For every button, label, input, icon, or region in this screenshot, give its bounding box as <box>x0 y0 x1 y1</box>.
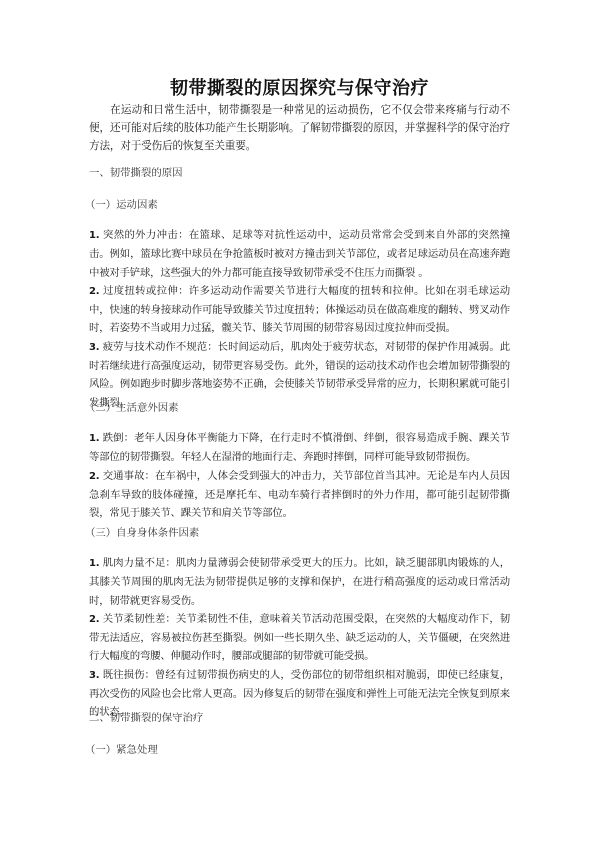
list-item: 1. 突然的外力冲击：在篮球、足球等对抗性运动中，运动员常常会受到来自外部的突然… <box>89 226 510 282</box>
sports-factors-list: 1. 突然的外力冲击：在篮球、足球等对抗性运动中，运动员常常会受到来自外部的突然… <box>89 226 510 412</box>
list-item: 1. 肌肉力量不足：肌肉力量薄弱会使韧带承受更大的压力。比如，缺乏腿部肌肉锻炼的… <box>89 554 510 610</box>
subsection-heading-sports: （一）运动因素 <box>85 198 158 212</box>
subsection-heading-emergency: （一）紧急处理 <box>85 743 158 757</box>
body-factors-list: 1. 肌肉力量不足：肌肉力量薄弱会使韧带承受更大的压力。比如，缺乏腿部肌肉锻炼的… <box>89 554 510 722</box>
subsection-heading-accidents: （二）生活意外因素 <box>85 401 179 415</box>
section-heading-treatment: 二、韧带撕裂的保守治疗 <box>89 711 203 725</box>
list-item: 2. 过度扭转或拉伸：许多运动动作需要关节进行大幅度的扭转和拉伸。比如在羽毛球运… <box>89 282 510 338</box>
list-item: 2. 关节柔韧性差：关节柔韧性不佳，意味着关节活动范围受限，在突然的大幅度动作下… <box>89 610 510 666</box>
intro-paragraph: 在运动和日常生活中，韧带撕裂是一种常见的运动损伤，它不仅会带来疼痛与行动不便，还… <box>89 101 510 155</box>
accident-factors-list: 1. 跌倒：老年人因身体平衡能力下降，在行走时不慎滑倒、绊倒，很容易造成手腕、踝… <box>89 429 510 522</box>
list-item: 1. 跌倒：老年人因身体平衡能力下降，在行走时不慎滑倒、绊倒，很容易造成手腕、踝… <box>89 429 510 467</box>
list-item: 2. 交通事故：在车祸中，人体会受到强大的冲击力，关节部位首当其冲。无论是车内人… <box>89 467 510 523</box>
document-title: 韧带撕裂的原因探究与保守治疗 <box>89 78 510 100</box>
subsection-heading-body-conditions: （三）自身身体条件因素 <box>85 526 199 540</box>
section-heading-causes: 一、韧带撕裂的原因 <box>89 166 183 180</box>
